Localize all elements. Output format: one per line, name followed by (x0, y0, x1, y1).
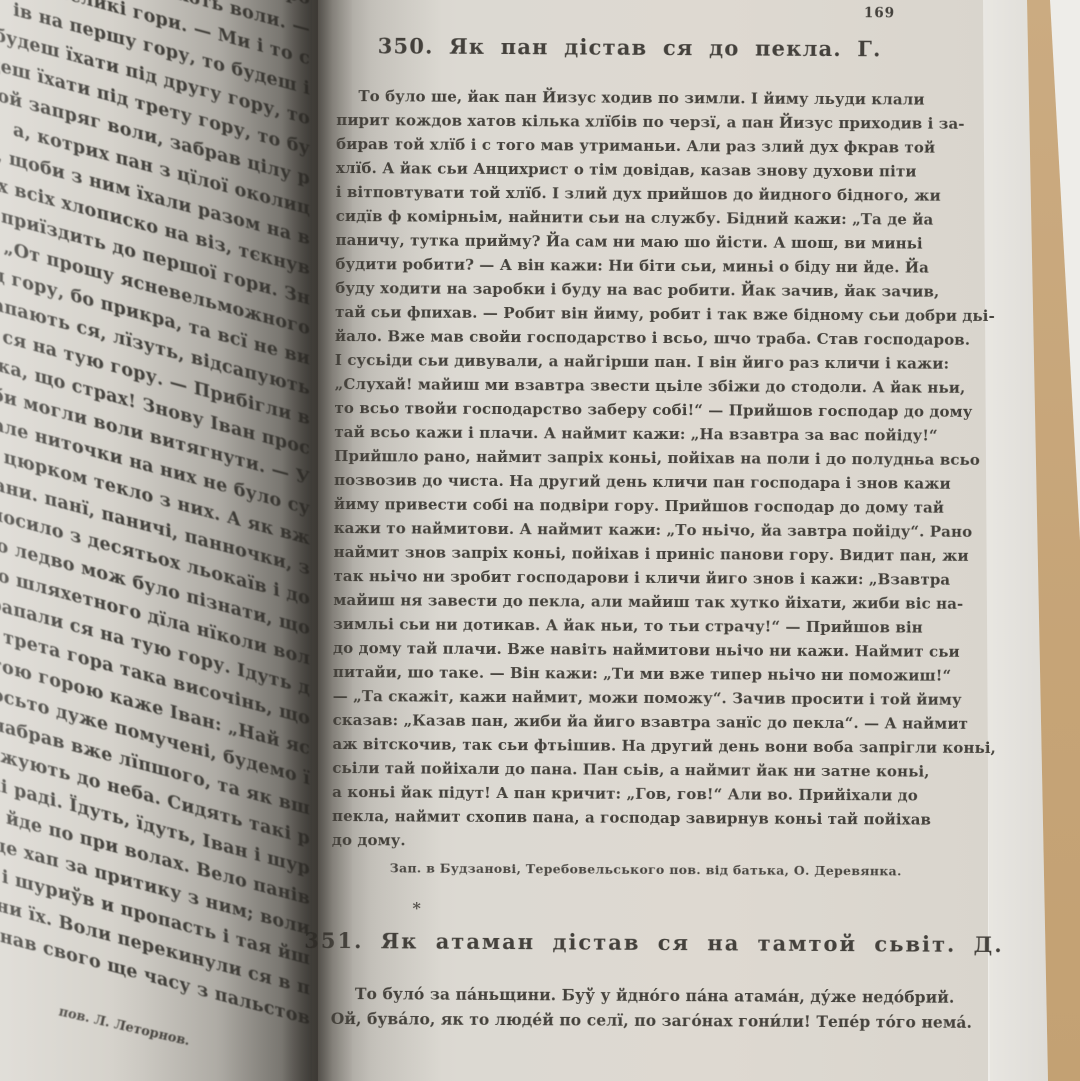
body-text-line: до дому. (332, 828, 912, 856)
body-text-line: питайи, шо таке. — Він кажи: „Ти ми вже … (333, 660, 913, 688)
story-350-heading: 350. Як пан дістав ся до пекла. Г. (378, 33, 882, 61)
body-text-line: І сусьіди сьи дивували, а найгірши пан. … (335, 348, 915, 376)
body-text-line: тай сьи фпихав. — Робит він йиму, робит … (335, 300, 915, 328)
page-number: 169 (864, 5, 895, 21)
body-text-line: зимльі сьи ни дотикав. А йак ньи, то тьи… (333, 612, 913, 640)
body-text-line: і вітповтувати той хлїб. І злий дух прий… (336, 180, 916, 208)
story-351-body: То було́ за па́ньщини. Буў у йдно́го па́… (331, 981, 921, 1035)
body-text-line: сказав: „Казав пан, жиби йа йиго взавтра… (333, 708, 913, 736)
body-text-line: наймит знов запріх коньі, пойіхав і прин… (334, 540, 914, 568)
body-text-line: Прийшло рано, наймит запріх коньі, пойіх… (334, 444, 914, 472)
body-text-line: тай всьо кажи і плачи. А наймит кажи: „Н… (334, 420, 914, 448)
body-text-line: То було́ за па́ньщини. Буў у йдно́го па́… (331, 981, 921, 1010)
body-text-line: то всьо твойи господарство заберу собі!“… (334, 396, 914, 424)
right-page-content: 169 350. Як пан дістав ся до пекла. Г. Т… (0, 0, 1080, 1081)
body-text-line: сьіли тай пойіхали до пана. Пан сьів, а … (332, 756, 912, 784)
body-text-line: йало. Вже мав свойи господарство і всьо,… (335, 324, 915, 352)
body-text-line: до дому тай плачи. Вже навіть наймитови … (333, 636, 913, 664)
book-photo: м. — „Йка та рочеш? питають воли. —е вел… (0, 0, 1080, 1081)
body-text-line: кажи то наймитови. А наймит кажи: „То нь… (334, 516, 914, 544)
body-text-line: аж вітскочив, так сьи фтьішив. На другий… (332, 732, 912, 760)
body-text-line: — „Та скажіт, кажи наймит, можи поможу“.… (333, 684, 913, 712)
story-350-body: То було ше, йак пан Йизус ходив по зимли… (332, 84, 917, 856)
body-text-line: То було ше, йак пан Йизус ходив по зимли… (336, 84, 916, 112)
story-350-attribution: Зап. в Будзанові, Теребовельського пов. … (390, 860, 902, 878)
body-text-line: так ньічо ни зробит господарови і кличи … (333, 564, 913, 592)
body-text-line: хлїб. А йак сьи Анцихрист о тім довідав,… (336, 156, 916, 184)
body-text-line: бирав той хлїб і с того мав утриманьи. А… (336, 132, 916, 160)
body-text-line: „Слухай! майиш ми взавтра звести цьіле з… (335, 372, 915, 400)
body-text-line: майиш ня завести до пекла, али майиш так… (333, 588, 913, 616)
body-text-line: пирит кождов хатов кілька хлїбів по черз… (336, 108, 916, 136)
body-text-line: а коньі йак підут! А пан кричит: „Гов, г… (332, 780, 912, 808)
body-text-line: позвозив до чиста. На другий день кличи … (334, 468, 914, 496)
body-text-line: Ой, бува́ло, як то люде́й по селї, по за… (331, 1006, 921, 1035)
story-351-heading: 351. Як атаман дістав ся на тамтой сьвіт… (304, 928, 1004, 957)
body-text-line: сидїв ф комірньім, найнити сьи на службу… (336, 204, 916, 232)
section-separator: * (412, 898, 420, 917)
body-text-line: будити робити? — А він кажи: Ни біти сьи… (335, 252, 915, 280)
body-text-line: йиму привести собі на подвіри гору. Прий… (334, 492, 914, 520)
body-text-line: пекла, наймит схопив пана, а господар за… (332, 804, 912, 832)
body-text-line: паничу, тутка прийму? Йа сам ни маю шо й… (335, 228, 915, 256)
body-text-line: буду ходити на заробки і буду на вас роб… (335, 276, 915, 304)
